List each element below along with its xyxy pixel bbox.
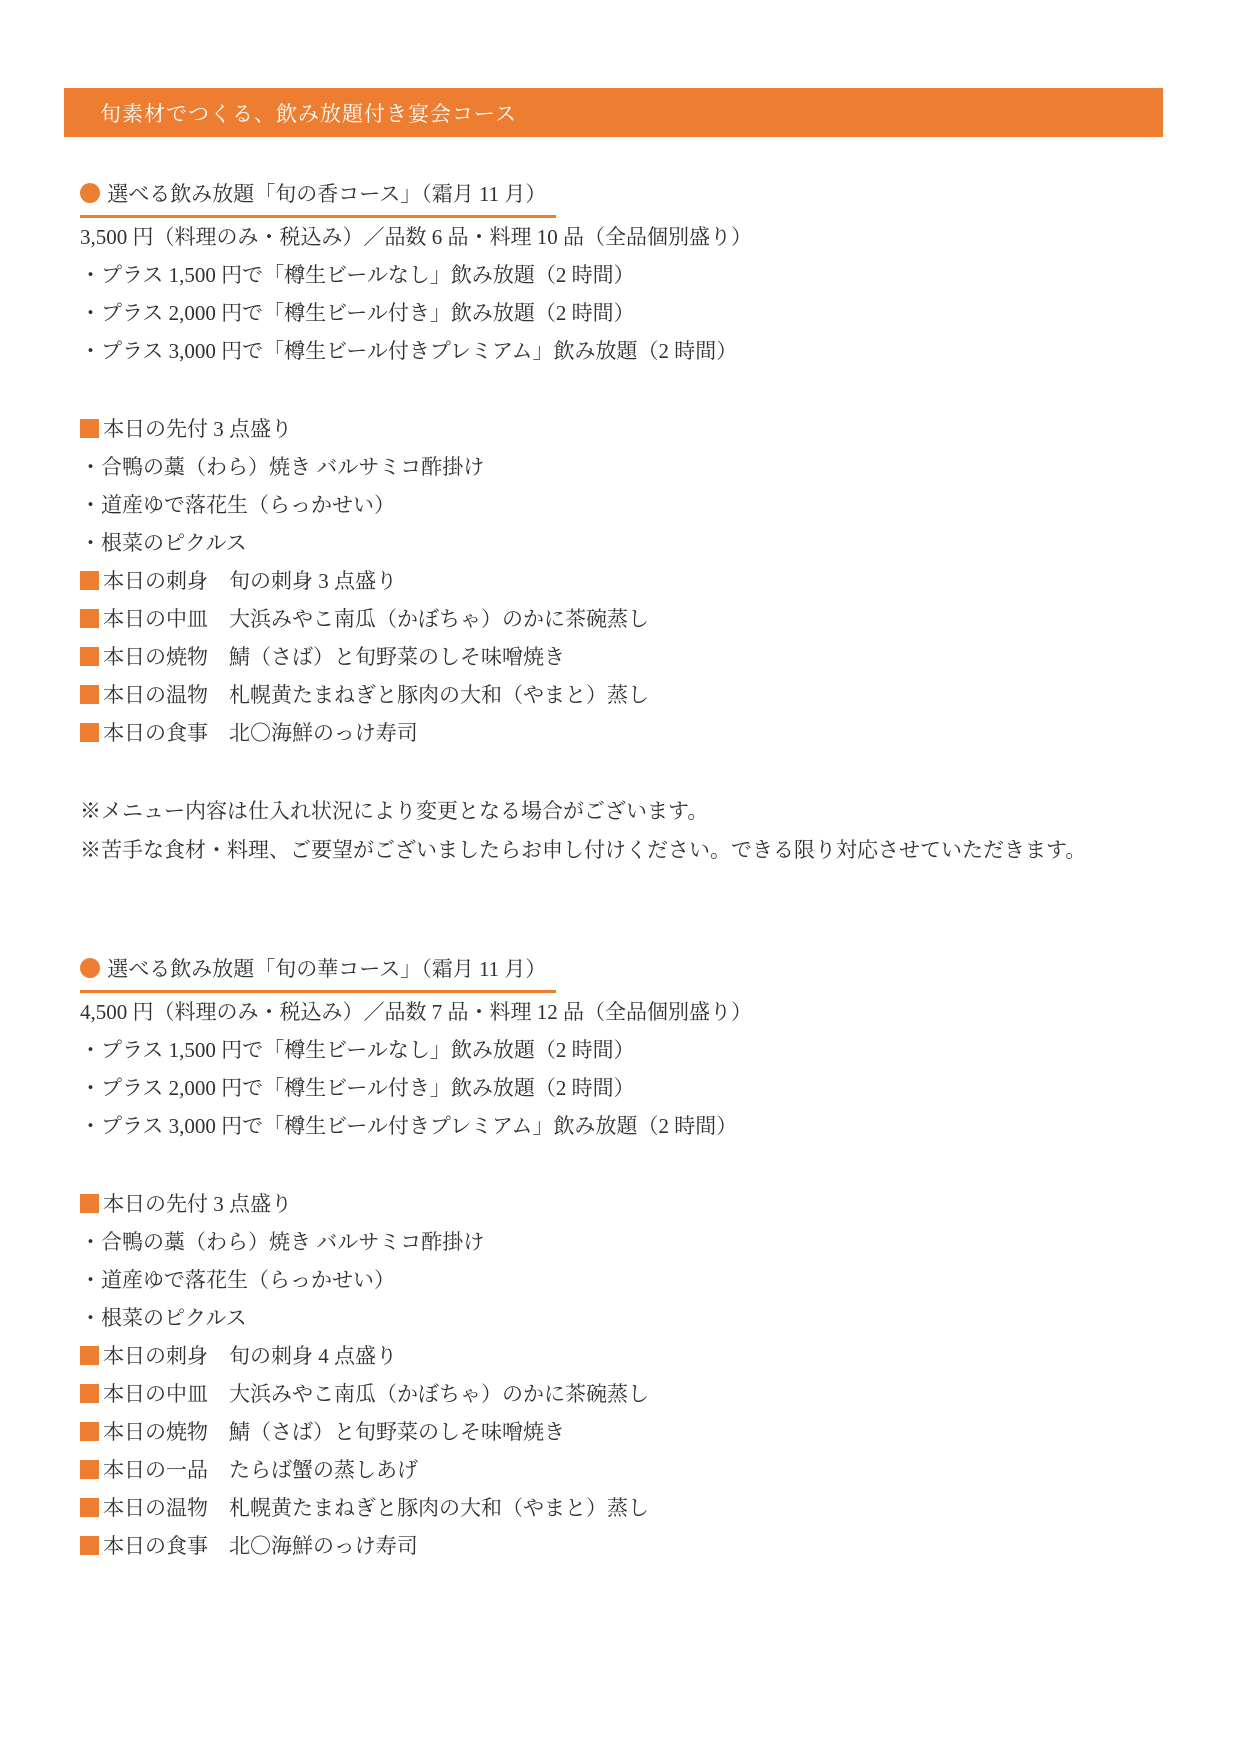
menu-main-line-text: 本日の中皿 大浜みやこ南瓜（かぼちゃ）のかに茶碗蒸し <box>103 1382 649 1406</box>
option-line: ・プラス 2,000 円で「樽生ビール付き」飲み放題（2 時間） <box>80 294 1163 332</box>
document-title-bar: 旬素材でつくる、飲み放題付き宴会コース <box>64 88 1163 137</box>
note-line: ※メニュー内容は仕入れ状況により変更となる場合がございます。 <box>80 792 1163 831</box>
menu-main-line-text: 本日の温物 札幌黄たまねぎと豚肉の大和（やまと）蒸し <box>103 683 649 707</box>
note-line-text: ※苦手な食材・料理、ご要望がございましたらお申し付けください。できる限り対応させ… <box>80 838 1086 862</box>
option-line: ・プラス 3,000 円で「樽生ビール付きプレミアム」飲み放題（2 時間） <box>80 332 1163 370</box>
menu-sub-line-text: ・道産ゆで落花生（らっかせい） <box>80 1268 395 1292</box>
menu-sub-line: ・合鴨の藁（わら）焼き バルサミコ酢掛け <box>80 1223 1163 1261</box>
menu-sub-line-text: ・道産ゆで落花生（らっかせい） <box>80 493 395 517</box>
course-heading-text: 選べる飲み放題「旬の香コース」（霜月 11 月） <box>107 182 546 206</box>
square-marker-icon <box>80 1346 99 1365</box>
menu-main-line: 本日の中皿 大浜みやこ南瓜（かぼちゃ）のかに茶碗蒸し <box>80 600 1163 638</box>
menu-sub-line: ・道産ゆで落花生（らっかせい） <box>80 1261 1163 1299</box>
menu-main-line-text: 本日の温物 札幌黄たまねぎと豚肉の大和（やまと）蒸し <box>103 1496 649 1520</box>
menu-main-line: 本日の温物 札幌黄たまねぎと豚肉の大和（やまと）蒸し <box>80 676 1163 714</box>
menu-main-line: 本日の焼物 鯖（さば）と旬野菜のしそ味噌焼き <box>80 1413 1163 1451</box>
course-price-line: 4,500 円（料理のみ・税込み）／品数 7 品・料理 12 品（全品個別盛り） <box>80 993 1163 1031</box>
menu-sub-line-text: ・根菜のピクルス <box>80 531 247 555</box>
square-marker-icon <box>80 685 99 704</box>
menu-sub-line-text: ・根菜のピクルス <box>80 1306 247 1330</box>
option-line-text: ・プラス 1,500 円で「樽生ビールなし」飲み放題（2 時間） <box>80 263 635 287</box>
option-list: ・プラス 1,500 円で「樽生ビールなし」飲み放題（2 時間）・プラス 2,0… <box>80 256 1163 370</box>
square-marker-icon <box>80 1194 99 1213</box>
menu-main-line-text: 本日の食事 北〇海鮮のっけ寿司 <box>103 1534 418 1558</box>
menu-sub-line-text: ・合鴨の藁（わら）焼き バルサミコ酢掛け <box>80 455 484 479</box>
document-page: 旬素材でつくる、飲み放題付き宴会コース 選べる飲み放題「旬の香コース」（霜月 1… <box>0 0 1240 1755</box>
document-content: 選べる飲み放題「旬の香コース」（霜月 11 月） 3,500 円（料理のみ・税込… <box>64 175 1163 1565</box>
menu-main-line: 本日の一品 たらば蟹の蒸しあげ <box>80 1451 1163 1489</box>
option-line-text: ・プラス 2,000 円で「樽生ビール付き」飲み放題（2 時間） <box>80 1076 635 1100</box>
option-line-text: ・プラス 1,500 円で「樽生ビールなし」飲み放題（2 時間） <box>80 1038 635 1062</box>
menu-main-line: 本日の焼物 鯖（さば）と旬野菜のしそ味噌焼き <box>80 638 1163 676</box>
note-line-text: ※メニュー内容は仕入れ状況により変更となる場合がございます。 <box>80 799 708 823</box>
course-price-line: 3,500 円（料理のみ・税込み）／品数 6 品・料理 10 品（全品個別盛り） <box>80 218 1163 256</box>
notes: ※メニュー内容は仕入れ状況により変更となる場合がございます。※苦手な食材・料理、… <box>80 792 1163 870</box>
note-line: ※苦手な食材・料理、ご要望がございましたらお申し付けください。できる限り対応させ… <box>80 831 1163 870</box>
sections: 選べる飲み放題「旬の香コース」（霜月 11 月） 3,500 円（料理のみ・税込… <box>80 175 1163 1565</box>
square-marker-icon <box>80 609 99 628</box>
course-heading: 選べる飲み放題「旬の華コース」（霜月 11 月） <box>80 950 1163 993</box>
menu-main-line-text: 本日の焼物 鯖（さば）と旬野菜のしそ味噌焼き <box>103 645 565 669</box>
square-marker-icon <box>80 571 99 590</box>
menu-main-line: 本日の刺身 旬の刺身 3 点盛り <box>80 562 1163 600</box>
option-line: ・プラス 2,000 円で「樽生ビール付き」飲み放題（2 時間） <box>80 1069 1163 1107</box>
menu-main-line-text: 本日の焼物 鯖（さば）と旬野菜のしそ味噌焼き <box>103 1420 565 1444</box>
menu-list: 本日の先付 3 点盛り・合鴨の藁（わら）焼き バルサミコ酢掛け・道産ゆで落花生（… <box>80 1185 1163 1565</box>
course-heading: 選べる飲み放題「旬の香コース」（霜月 11 月） <box>80 175 1163 218</box>
menu-main-line: 本日の食事 北〇海鮮のっけ寿司 <box>80 714 1163 752</box>
course-section: 選べる飲み放題「旬の香コース」（霜月 11 月） 3,500 円（料理のみ・税込… <box>80 175 1163 870</box>
menu-main-line: 本日の温物 札幌黄たまねぎと豚肉の大和（やまと）蒸し <box>80 1489 1163 1527</box>
course-section: 選べる飲み放題「旬の華コース」（霜月 11 月） 4,500 円（料理のみ・税込… <box>80 950 1163 1565</box>
menu-main-line-text: 本日の先付 3 点盛り <box>103 417 292 441</box>
menu-main-line: 本日の食事 北〇海鮮のっけ寿司 <box>80 1527 1163 1565</box>
square-marker-icon <box>80 1536 99 1555</box>
option-line-text: ・プラス 3,000 円で「樽生ビール付きプレミアム」飲み放題（2 時間） <box>80 1114 737 1138</box>
menu-main-line-text: 本日の食事 北〇海鮮のっけ寿司 <box>103 721 418 745</box>
menu-main-line-text: 本日の刺身 旬の刺身 3 点盛り <box>103 569 397 593</box>
square-marker-icon <box>80 1422 99 1441</box>
option-line: ・プラス 1,500 円で「樽生ビールなし」飲み放題（2 時間） <box>80 1031 1163 1069</box>
square-marker-icon <box>80 1498 99 1517</box>
menu-sub-line: ・合鴨の藁（わら）焼き バルサミコ酢掛け <box>80 448 1163 486</box>
menu-list: 本日の先付 3 点盛り・合鴨の藁（わら）焼き バルサミコ酢掛け・道産ゆで落花生（… <box>80 410 1163 752</box>
menu-sub-line-text: ・合鴨の藁（わら）焼き バルサミコ酢掛け <box>80 1230 484 1254</box>
menu-main-line-text: 本日の刺身 旬の刺身 4 点盛り <box>103 1344 397 1368</box>
course-heading-underline: 選べる飲み放題「旬の香コース」（霜月 11 月） <box>80 175 556 218</box>
option-line: ・プラス 1,500 円で「樽生ビールなし」飲み放題（2 時間） <box>80 256 1163 294</box>
option-line: ・プラス 3,000 円で「樽生ビール付きプレミアム」飲み放題（2 時間） <box>80 1107 1163 1145</box>
circle-bullet-icon <box>80 183 100 203</box>
square-marker-icon <box>80 419 99 438</box>
option-list: ・プラス 1,500 円で「樽生ビールなし」飲み放題（2 時間）・プラス 2,0… <box>80 1031 1163 1145</box>
menu-main-line-text: 本日の一品 たらば蟹の蒸しあげ <box>103 1458 418 1482</box>
square-marker-icon <box>80 647 99 666</box>
menu-sub-line: ・根菜のピクルス <box>80 524 1163 562</box>
menu-main-line: 本日の刺身 旬の刺身 4 点盛り <box>80 1337 1163 1375</box>
square-marker-icon <box>80 1384 99 1403</box>
menu-main-line: 本日の中皿 大浜みやこ南瓜（かぼちゃ）のかに茶碗蒸し <box>80 1375 1163 1413</box>
course-heading-underline: 選べる飲み放題「旬の華コース」（霜月 11 月） <box>80 950 556 993</box>
square-marker-icon <box>80 723 99 742</box>
option-line-text: ・プラス 2,000 円で「樽生ビール付き」飲み放題（2 時間） <box>80 301 635 325</box>
menu-main-line-text: 本日の先付 3 点盛り <box>103 1192 292 1216</box>
option-line-text: ・プラス 3,000 円で「樽生ビール付きプレミアム」飲み放題（2 時間） <box>80 339 737 363</box>
square-marker-icon <box>80 1460 99 1479</box>
menu-main-line: 本日の先付 3 点盛り <box>80 1185 1163 1223</box>
course-heading-text: 選べる飲み放題「旬の華コース」（霜月 11 月） <box>107 957 546 981</box>
menu-main-line: 本日の先付 3 点盛り <box>80 410 1163 448</box>
menu-main-line-text: 本日の中皿 大浜みやこ南瓜（かぼちゃ）のかに茶碗蒸し <box>103 607 649 631</box>
document-title: 旬素材でつくる、飲み放題付き宴会コース <box>100 98 517 128</box>
menu-sub-line: ・根菜のピクルス <box>80 1299 1163 1337</box>
circle-bullet-icon <box>80 958 100 978</box>
menu-sub-line: ・道産ゆで落花生（らっかせい） <box>80 486 1163 524</box>
